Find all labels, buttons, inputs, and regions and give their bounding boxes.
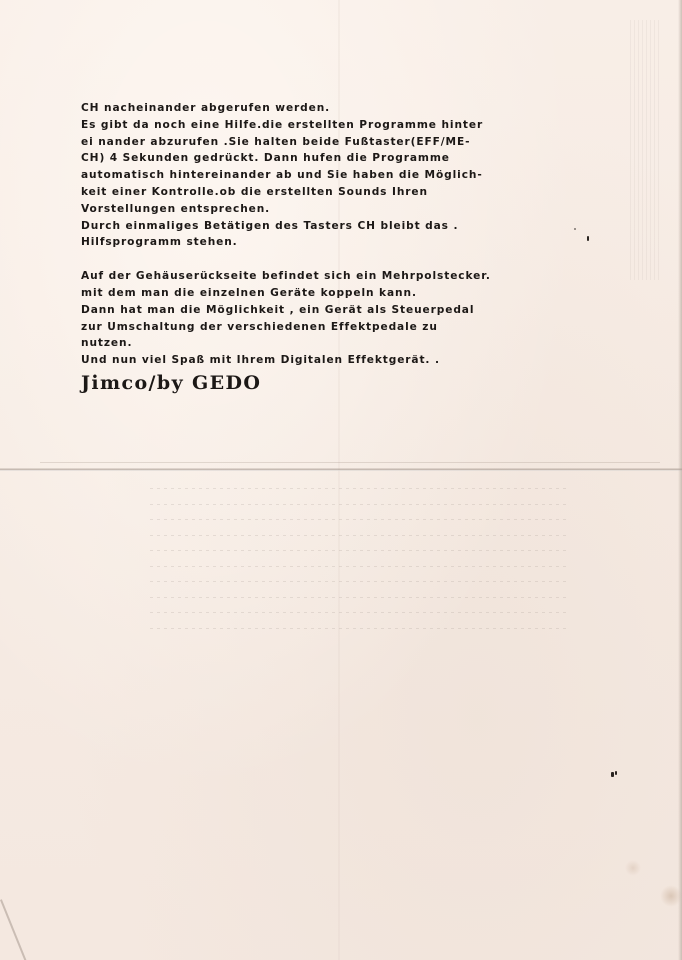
fold-shadow-line [40,462,660,463]
instruction-text: CH nacheinander abgerufen werden. Es gib… [81,100,581,395]
paragraph-help-program: CH nacheinander abgerufen werden. Es gib… [81,100,581,251]
ink-speck [587,236,589,241]
text-line: mit dem man die einzelnen Geräte koppeln… [81,285,581,302]
reverse-side-show-through [150,488,570,643]
text-line: Und nun viel Spaß mit Ihrem Digitalen Ef… [81,352,581,369]
ink-speck [611,772,614,777]
paper-stain [660,885,682,907]
ink-speck [615,771,617,775]
text-line: nutzen. [81,335,581,352]
signature: Jimco/by GEDO [81,371,581,395]
paragraph-connector: Auf der Gehäuserückseite befindet sich e… [81,268,581,369]
text-line: CH nacheinander abgerufen werden. [81,100,581,117]
text-line: zur Umschaltung der verschiedenen Effekt… [81,319,581,336]
text-line: Hilfsprogramm stehen. [81,234,581,251]
paper-stain [625,860,641,876]
paragraph-spacer [81,251,581,268]
text-line: Durch einmaliges Betätigen des Tasters C… [81,218,581,235]
text-line: Auf der Gehäuserückseite befindet sich e… [81,268,581,285]
show-through-strip [630,20,660,280]
text-line: Es gibt da noch eine Hilfe.die erstellte… [81,117,581,134]
text-line: Dann hat man die Möglichkeit , ein Gerät… [81,302,581,319]
page-right-edge [678,0,682,960]
text-line: keit einer Kontrolle.ob die erstellten S… [81,184,581,201]
horizontal-fold-crease [0,468,682,471]
text-line: Vorstellungen entsprechen. [81,201,581,218]
text-line: ei nander abzurufen .Sie halten beide Fu… [81,134,581,151]
text-line: CH) 4 Sekunden gedrückt. Dann hufen die … [81,150,581,167]
text-line: automatisch hintereinander ab und Sie ha… [81,167,581,184]
